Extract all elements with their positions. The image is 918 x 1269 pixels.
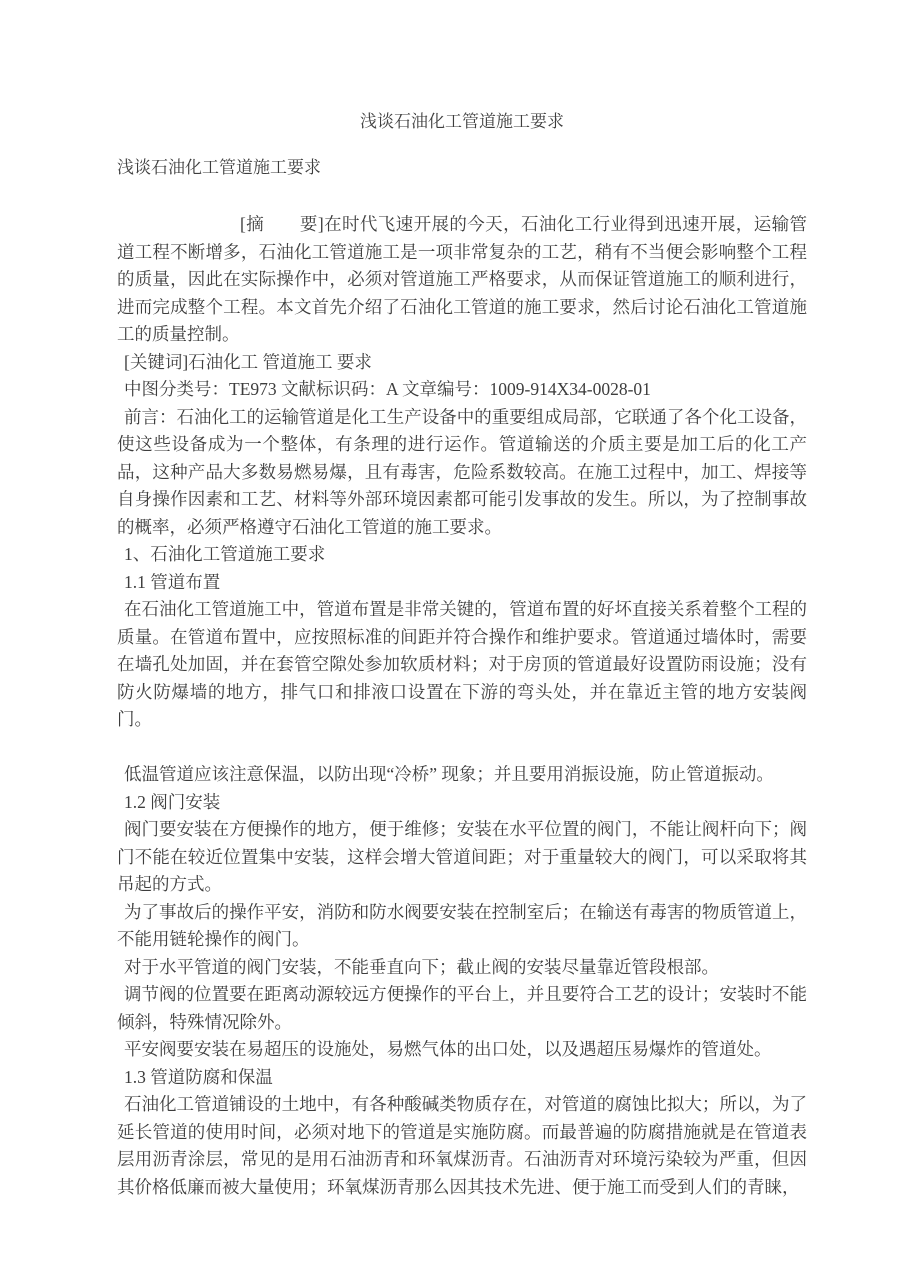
abstract-paragraph: [摘 要]在时代飞速开展的今天，石油化工行业得到迅速开展，运输管道工程不断增多，… [117,211,807,349]
classification-line: 中图分类号：TE973 文献标识码：A 文章编号：1009-914X34-002… [117,376,807,404]
section-1-3-heading: 1.3 管道防腐和保温 [117,1064,807,1092]
section-1-2-paragraph-3: 对于水平管道的阀门安装，不能垂直向下；截止阀的安装尽量靠近管段根部。 [117,954,807,982]
section-1-2-paragraph-2: 为了事故后的操作平安，消防和防水阀要安装在控制室后；在输送有毒害的物质管道上，不… [117,899,807,954]
section-1-1-heading: 1.1 管道布置 [117,569,807,597]
section-1-2-paragraph-1: 阀门要安装在方便操作的地方，便于维修；安装在水平位置的阀门，不能让阀杆向下；阀门… [117,816,807,899]
section-1-1-paragraph: 在石油化工管道施工中，管道布置是非常关键的，管道布置的好坏直接关系着整个工程的质… [117,596,807,734]
document-subtitle: 浅谈石油化工管道施工要求 [117,154,807,182]
section-1-heading: 1、石油化工管道施工要求 [117,541,807,569]
section-1-1-paragraph-2: 低温管道应该注意保温，以防出现“冷桥” 现象；并且要用消振设施，防止管道振动。 [117,761,807,789]
keywords-line: [关键词]石油化工 管道施工 要求 [117,349,807,377]
document-title: 浅谈石油化工管道施工要求 [117,108,807,136]
section-1-2-heading: 1.2 阀门安装 [117,789,807,817]
section-1-2-paragraph-4: 调节阀的位置要在距离动源较远方便操作的平台上，并且要符合工艺的设计；安装时不能倾… [117,981,807,1036]
document-page: 浅谈石油化工管道施工要求 浅谈石油化工管道施工要求 [摘 要]在时代飞速开展的今… [0,0,918,1269]
section-1-3-paragraph: 石油化工管道铺设的土地中，有各种酸碱类物质存在，对管道的腐蚀比拟大；所以，为了延… [117,1091,807,1201]
blank-line [117,734,807,762]
section-1-2-paragraph-5: 平安阀要安装在易超压的设施处，易燃气体的出口处，以及遇超压易爆炸的管道处。 [117,1036,807,1064]
foreword-paragraph: 前言：石油化工的运输管道是化工生产设备中的重要组成局部，它联通了各个化工设备，使… [117,404,807,542]
